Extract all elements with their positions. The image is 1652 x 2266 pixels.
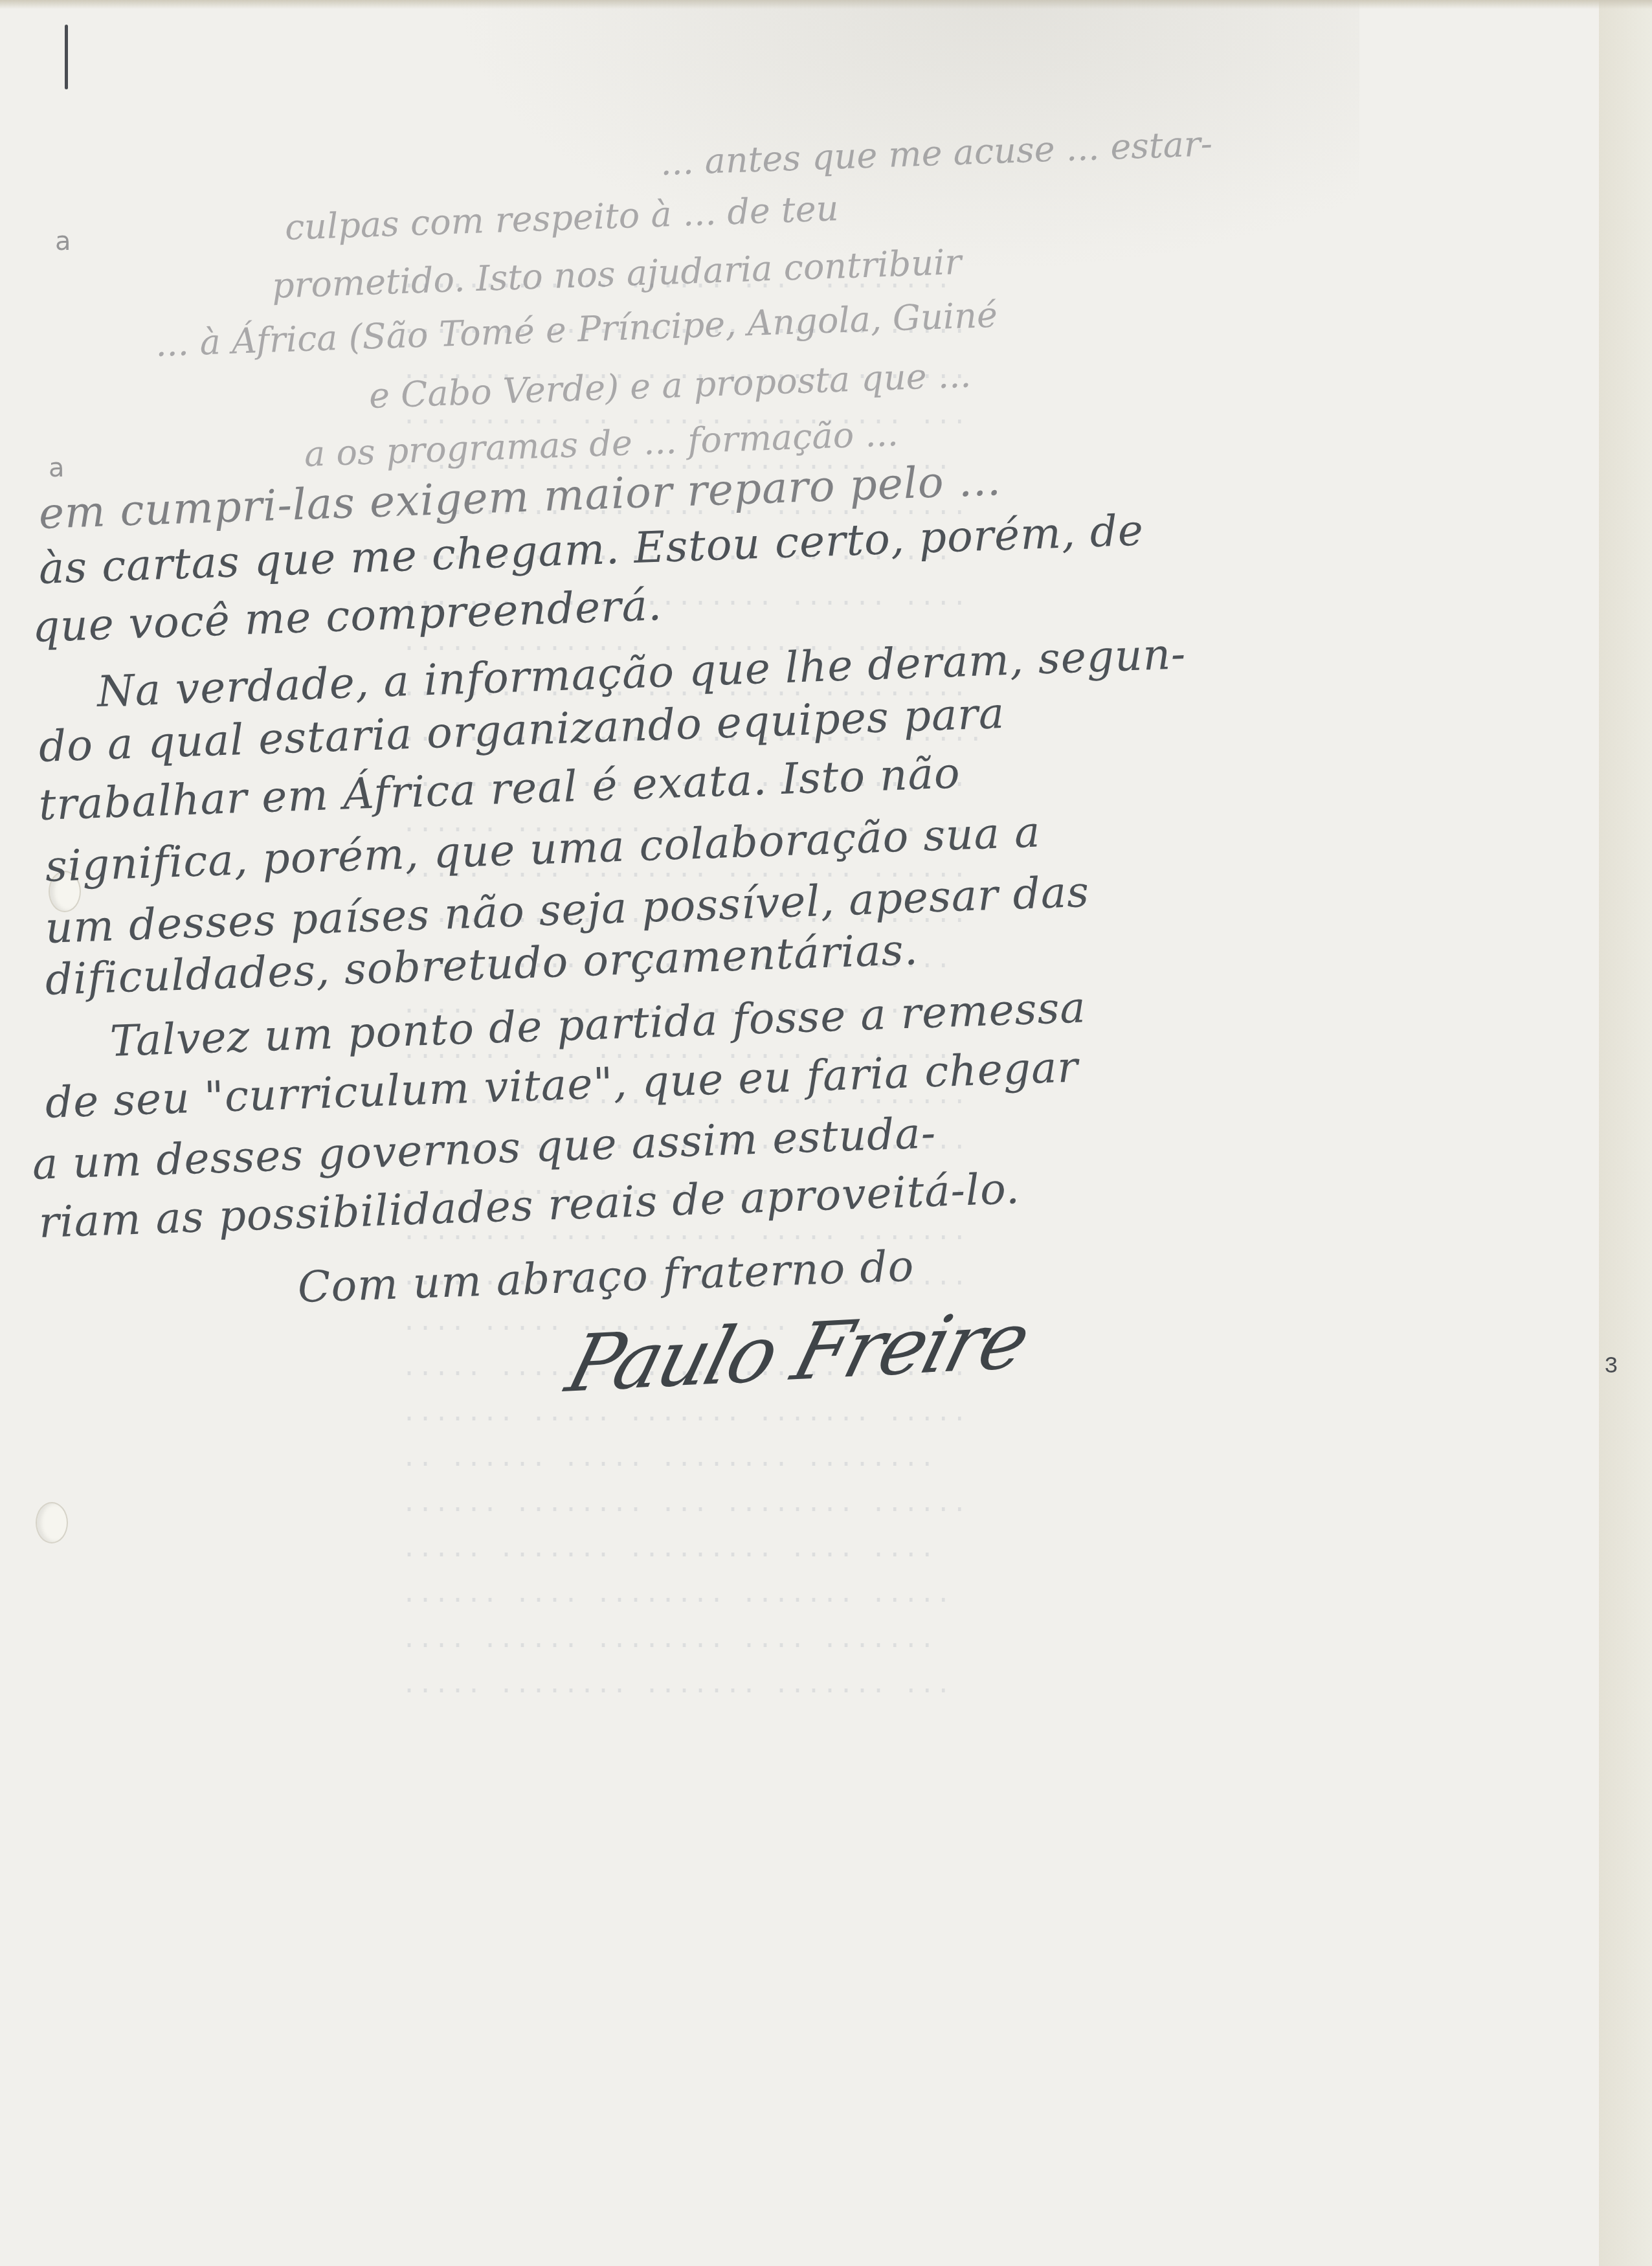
backing-sheet-edge xyxy=(1599,0,1652,2266)
margin-mark: a xyxy=(55,227,71,256)
margin-mark: a xyxy=(49,453,65,483)
staple-mark xyxy=(65,25,68,89)
edge-page-mark: 3 xyxy=(1604,1353,1618,1380)
punch-hole-icon xyxy=(36,1502,68,1543)
